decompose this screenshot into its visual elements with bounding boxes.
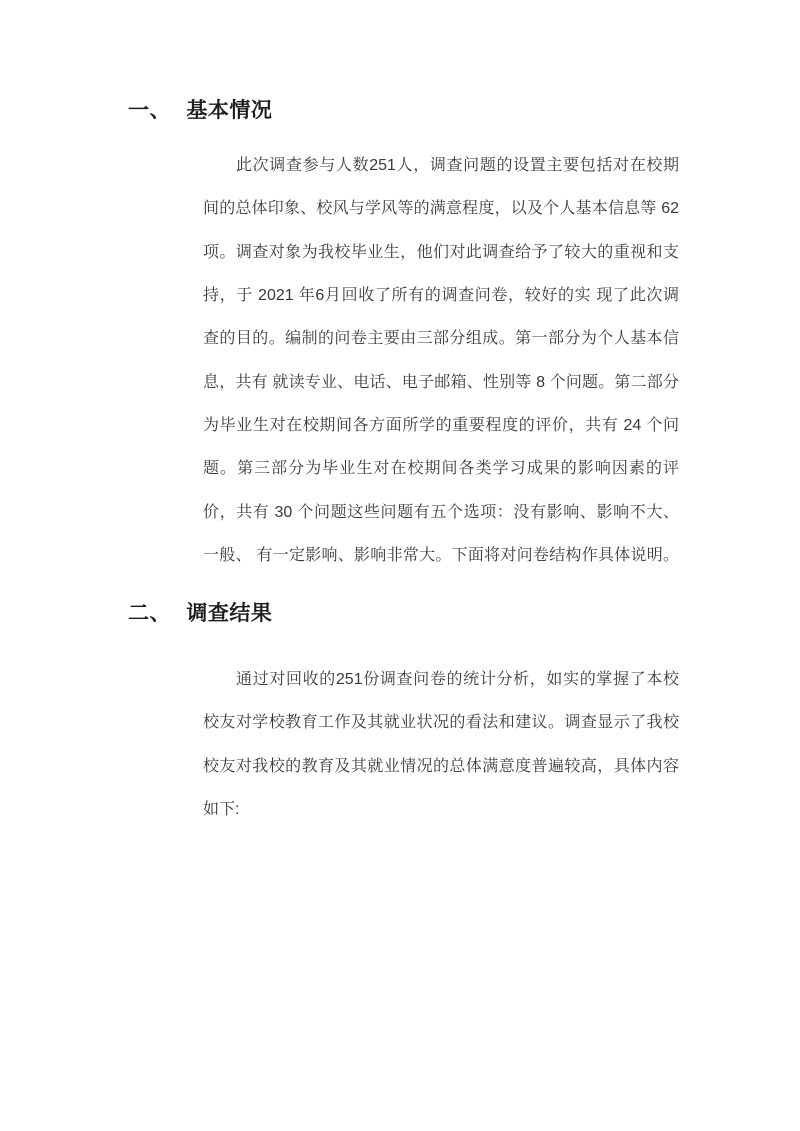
paragraph-line: 项。调查对象为我校毕业生，他们对此调查给予了较大的重视和支 bbox=[203, 231, 679, 274]
section-2-heading-title: 调查结果 bbox=[186, 602, 272, 625]
paragraph-line: 通过对回收的251份调查问卷的统计分析，如实的掌握了本校 bbox=[203, 658, 679, 701]
paragraph-line: 间的总体印象、校风与学风等的满意程度，以及个人基本信息等 62 bbox=[203, 187, 679, 230]
paragraph-line: 校友对学校教育工作及其就业状况的看法和建议。调查显示了我校 bbox=[203, 701, 679, 744]
paragraph-line: 持，于 2021 年6月回收了所有的调查问卷，较好的实 现了此次调 bbox=[203, 274, 679, 317]
paragraph-line: 为毕业生对在校期间各方面所学的重要程度的评价，共有 24 个问 bbox=[203, 404, 679, 447]
paragraph-line: 如下: bbox=[203, 788, 679, 831]
paragraph-line: 一般、 有一定影响、影响非常大。下面将对问卷结构作具体说明。 bbox=[203, 534, 679, 577]
paragraph-line: 此次调查参与人数251人，调查问题的设置主要包括对在校期 bbox=[203, 144, 679, 187]
paragraph-line: 息，共有 就读专业、电话、电子邮箱、性别等 8 个问题。第二部分 bbox=[203, 361, 679, 404]
paragraph-line: 校友对我校的教育及其就业情况的总体满意度普遍较高，具体内容 bbox=[203, 745, 679, 788]
paragraph-line: 题。第三部分为毕业生对在校期间各类学习成果的影响因素的评 bbox=[203, 447, 679, 490]
section-1-heading-title: 基本情况 bbox=[186, 99, 272, 122]
document-page: 一、 基本情况 此次调查参与人数251人，调查问题的设置主要包括对在校期 间的总… bbox=[0, 0, 800, 1131]
section-2-heading-number: 二、 bbox=[128, 602, 171, 625]
paragraph-line: 查的目的。编制的问卷主要由三部分组成。第一部分为个人基本信 bbox=[203, 317, 679, 360]
section-2-paragraph: 通过对回收的251份调查问卷的统计分析，如实的掌握了本校 校友对学校教育工作及其… bbox=[203, 658, 679, 831]
paragraph-line: 价，共有 30 个问题这些问题有五个选项：没有影响、影响不大、 bbox=[203, 491, 679, 534]
section-1-paragraph: 此次调查参与人数251人，调查问题的设置主要包括对在校期 间的总体印象、校风与学… bbox=[203, 144, 679, 577]
section-1-heading: 一、 基本情况 bbox=[128, 96, 272, 126]
section-1-heading-number: 一、 bbox=[128, 99, 171, 122]
section-2-heading: 二、 调查结果 bbox=[128, 599, 272, 629]
